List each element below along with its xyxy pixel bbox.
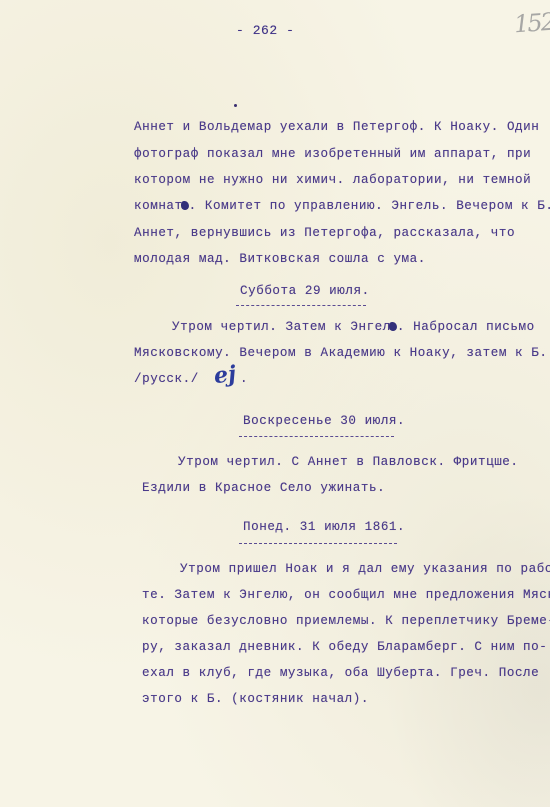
- text-line: Мясковскому. Вечером в Академию к Ноаку,…: [134, 346, 547, 360]
- text-line: которые безусловно приемлемы. К переплет…: [142, 614, 550, 628]
- entry-heading: Воскресенье 30 июля.: [243, 414, 405, 428]
- text-line: Утром пришел Ноак и я дал ему указания п…: [180, 562, 550, 576]
- entry-heading: Суббота 29 июля.: [240, 284, 370, 298]
- text-line: те. Затем к Энгелю, он сообщил мне предл…: [142, 588, 550, 602]
- heading-underline: [239, 436, 394, 437]
- text-fragment: Утром чертил. Затем к Энгел: [172, 320, 391, 334]
- text-line: Аннет и Вольдемар уехали в Петергоф. К Н…: [134, 120, 539, 134]
- typewritten-diary-page: - 262 - 152 Аннет и Вольдемар уехали в П…: [0, 0, 550, 807]
- heading-underline: [236, 305, 366, 306]
- text-line: .: [240, 372, 248, 386]
- text-line: ру, заказал дневник. К обеду Бларамберг.…: [142, 640, 547, 654]
- text-line: Утром чертил. С Аннет в Павловск. Фритцш…: [178, 455, 519, 469]
- text-fragment: . Набросал письмо: [397, 320, 535, 334]
- ink-dot-mark: [234, 104, 237, 107]
- text-line: котором не нужно ни химич. лаборатории, …: [134, 173, 531, 187]
- text-line: молодая мад. Витковская сошла с ума.: [134, 252, 426, 266]
- text-line: Ездили в Красное Село ужинать.: [142, 481, 385, 495]
- text-line: Утром чертил. Затем к Энгел. Набросал пи…: [172, 320, 535, 334]
- text-line: этого к Б. (костяник начал).: [142, 692, 369, 706]
- handwritten-annotation: ej: [213, 361, 238, 389]
- ink-correction-mark: [181, 201, 189, 210]
- handwritten-folio-number: 152: [513, 8, 550, 39]
- text-line: /русск./: [134, 372, 199, 386]
- page-number: - 262 -: [236, 23, 294, 38]
- text-fragment: комнат: [134, 199, 183, 213]
- text-line: фотограф показал мне изобретенный им апп…: [134, 147, 531, 161]
- text-fragment: . Комитет по управлению. Энгель. Вечером…: [189, 199, 550, 213]
- ink-correction-mark: [389, 322, 397, 331]
- entry-heading: Понед. 31 июля 1861.: [243, 520, 405, 534]
- heading-underline: [239, 543, 397, 544]
- text-line: комнат. Комитет по управлению. Энгель. В…: [134, 199, 550, 213]
- text-line: Аннет, вернувшись из Петергофа, рассказа…: [134, 226, 515, 240]
- text-line: ехал в клуб, где музыка, оба Шуберта. Гр…: [142, 666, 539, 680]
